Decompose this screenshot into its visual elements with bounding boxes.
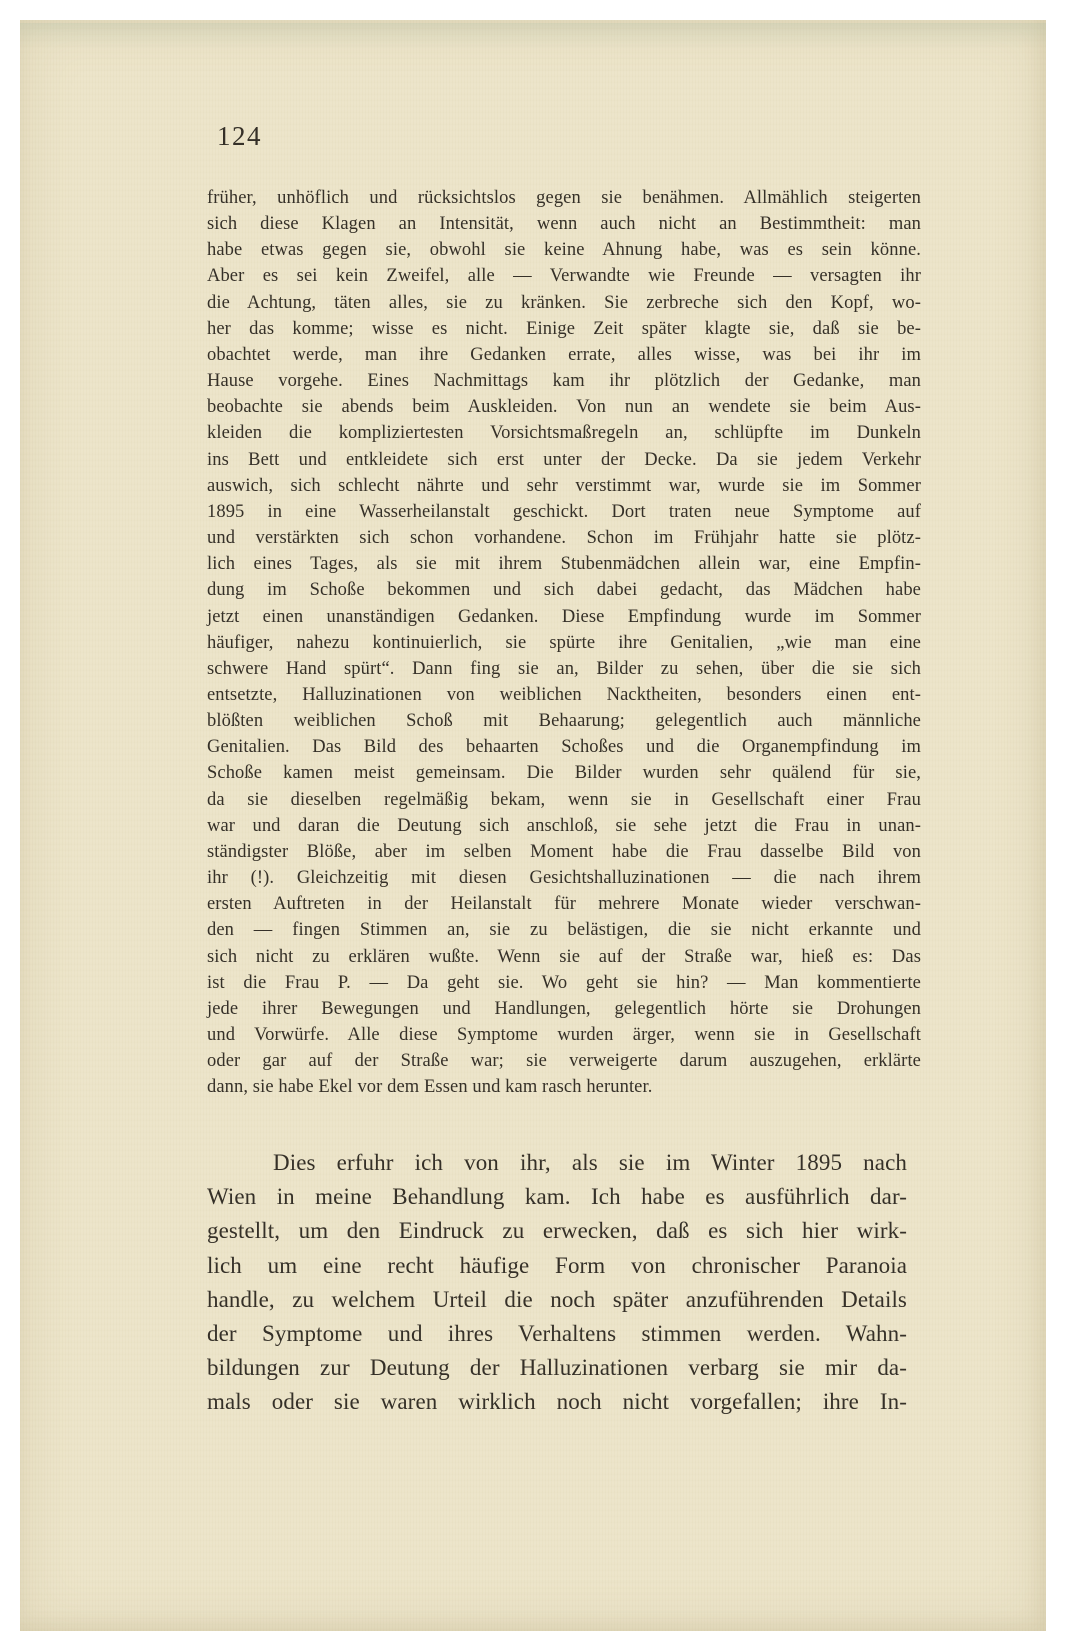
text-line: da sie dieselben regelmäßig bekam, wenn …: [207, 787, 921, 813]
text-line: Dies erfuhr ich von ihr, als sie im Wint…: [207, 1146, 907, 1180]
text-line: jede ihrer Bewegungen und Handlungen, ge…: [207, 996, 921, 1022]
text-line: Wien in meine Behandlung kam. Ich habe e…: [207, 1180, 907, 1214]
text-line: ihr (!). Gleichzeitig mit diesen Gesicht…: [207, 865, 921, 891]
text-line: kleiden die kompliziertesten Vorsichtsma…: [207, 420, 921, 446]
page-number: 124: [217, 121, 262, 152]
text-line: 1895 in eine Wasserheilanstalt geschickt…: [207, 499, 921, 525]
text-line: der Symptome und ihres Verhaltens stimme…: [207, 1317, 907, 1351]
text-line: Aber es sei kein Zweifel, alle — Verwand…: [207, 263, 921, 289]
text-line: war und daran die Deutung sich anschloß,…: [207, 813, 921, 839]
text-line: und verstärkten sich schon vorhandene. S…: [207, 525, 921, 551]
text-line: Schoße kamen meist gemeinsam. Die Bilder…: [207, 760, 921, 786]
text-line: lich um eine recht häufige Form von chro…: [207, 1249, 907, 1283]
text-line: beobachte sie abends beim Auskleiden. Vo…: [207, 394, 921, 420]
text-line: gestellt, um den Eindruck zu erwecken, d…: [207, 1214, 907, 1248]
scanned-book-page: 124 früher, unhöflich und rücksichtslos …: [20, 20, 1046, 1631]
paragraph-case-history-petit: früher, unhöflich und rücksichtslos gege…: [207, 185, 921, 1100]
paragraph-main-text: Dies erfuhr ich von ihr, als sie im Wint…: [207, 1146, 907, 1420]
text-line: Genitalien. Das Bild des behaarten Schoß…: [207, 734, 921, 760]
text-line: dung im Schoße bekommen und sich dabei g…: [207, 577, 921, 603]
text-line: ist die Frau P. — Da geht sie. Wo geht s…: [207, 970, 921, 996]
text-line: jetzt einen unanständigen Gedanken. Dies…: [207, 604, 921, 630]
text-line: oder gar auf der Straße war; sie verweig…: [207, 1048, 921, 1074]
text-line: handle, zu welchem Urteil die noch späte…: [207, 1283, 907, 1317]
text-line: sich nicht zu erklären wußte. Wenn sie a…: [207, 944, 921, 970]
text-line: lich eines Tages, als sie mit ihrem Stub…: [207, 551, 921, 577]
text-line: ins Bett und entkleidete sich erst unter…: [207, 447, 921, 473]
text-line: her das komme; wisse es nicht. Einige Ze…: [207, 316, 921, 342]
text-line: die Achtung, täten alles, sie zu kränken…: [207, 290, 921, 316]
text-line: blößten weiblichen Schoß mit Behaarung; …: [207, 708, 921, 734]
text-line: schwere Hand spürt“. Dann fing sie an, B…: [207, 656, 921, 682]
text-line: ersten Auftreten in der Heilanstalt für …: [207, 891, 921, 917]
text-line: und Vorwürfe. Alle diese Symptome wurden…: [207, 1022, 921, 1048]
text-line: entsetzte, Halluzinationen von weibliche…: [207, 682, 921, 708]
text-line: dann, sie habe Ekel vor dem Essen und ka…: [207, 1074, 921, 1100]
text-line: auswich, sich schlecht nährte und sehr v…: [207, 473, 921, 499]
text-line: früher, unhöflich und rücksichtslos gege…: [207, 185, 921, 211]
text-line: Hause vorgehe. Eines Nachmittags kam ihr…: [207, 368, 921, 394]
text-line: sich diese Klagen an Intensität, wenn au…: [207, 211, 921, 237]
text-line: mals oder sie waren wirklich noch nicht …: [207, 1385, 907, 1419]
text-line: ständigster Blöße, aber im selben Moment…: [207, 839, 921, 865]
text-line: habe etwas gegen sie, obwohl sie keine A…: [207, 237, 921, 263]
text-line: obachtet werde, man ihre Gedanken errate…: [207, 342, 921, 368]
text-line: den — fingen Stimmen an, sie zu belästig…: [207, 917, 921, 943]
text-line: bildungen zur Deutung der Halluzinatione…: [207, 1351, 907, 1385]
text-line: häufiger, nahezu kontinuierlich, sie spü…: [207, 630, 921, 656]
